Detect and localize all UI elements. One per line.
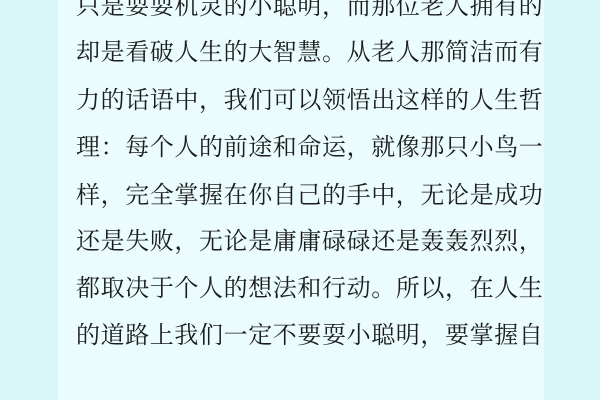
article-line: 样，完全掌握在你自己的手中，无论是成功	[76, 181, 543, 209]
article-line: 理：每个人的前途和命运，就像那只小鸟一	[76, 133, 543, 161]
article-panel: 只是耍耍机灵的小聪明，而那位老人拥有的 却是看破人生的大智慧。从老人那简洁而有 …	[58, 0, 544, 400]
article-line: 的道路上我们一定不要耍小聪明，要掌握自	[76, 321, 543, 349]
article-line: 只是耍耍机灵的小聪明，而那位老人拥有的	[76, 0, 543, 20]
article-line: 都取决于个人的想法和行动。所以，在人生	[76, 274, 543, 302]
article-line: 力的话语中，我们可以领悟出这样的人生哲	[76, 86, 543, 114]
article-line: 却是看破人生的大智慧。从老人那简洁而有	[76, 38, 543, 66]
article-line: 还是失败，无论是庸庸碌碌还是轰轰烈烈，	[76, 227, 543, 255]
